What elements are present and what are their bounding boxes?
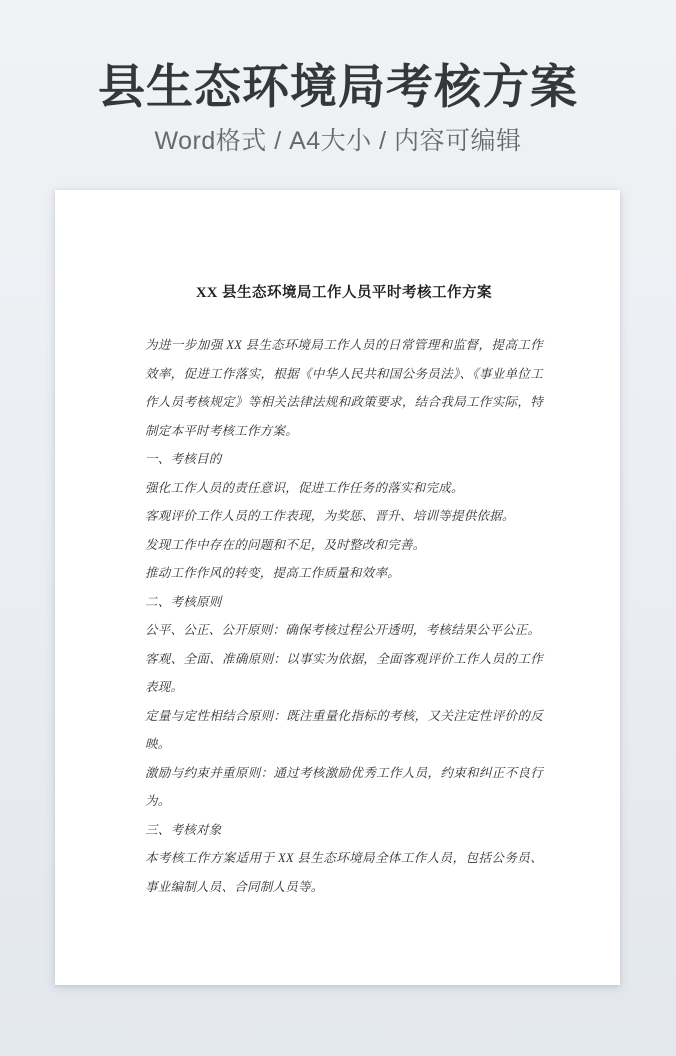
doc-section-heading: 一、考核目的 (145, 445, 543, 474)
doc-paragraph: 本考核工作方案适用于 XX 县生态环境局全体工作人员，包括公务员、事业编制人员、… (145, 844, 543, 901)
template-title: 县生态环境局考核方案 (0, 60, 676, 114)
template-preview-page: { "header": { "title": "县生态环境局考核方案", "su… (0, 0, 676, 1056)
doc-paragraph: 激励与约束并重原则：通过考核激励优秀工作人员，约束和纠正不良行为。 (145, 759, 543, 816)
document-page: XX 县生态环境局工作人员平时考核工作方案 为进一步加强 XX 县生态环境局工作… (55, 190, 620, 985)
document-content: XX 县生态环境局工作人员平时考核工作方案 为进一步加强 XX 县生态环境局工作… (145, 282, 543, 901)
doc-paragraph: 公平、公正、公开原则：确保考核过程公开透明，考核结果公平公正。 (145, 616, 543, 645)
doc-section-heading: 三、考核对象 (145, 816, 543, 845)
template-subtitle: Word格式 / A4大小 / 内容可编辑 (0, 126, 676, 156)
doc-section-heading: 二、考核原则 (145, 588, 543, 617)
doc-paragraph: 强化工作人员的责任意识，促进工作任务的落实和完成。 (145, 474, 543, 503)
document-title: XX 县生态环境局工作人员平时考核工作方案 (145, 282, 543, 304)
doc-paragraph: 为进一步加强 XX 县生态环境局工作人员的日常管理和监督，提高工作效率，促进工作… (145, 331, 543, 445)
doc-paragraph: 客观、全面、准确原则：以事实为依据，全面客观评价工作人员的工作表现。 (145, 645, 543, 702)
header: 县生态环境局考核方案 Word格式 / A4大小 / 内容可编辑 (0, 0, 676, 156)
doc-paragraph: 发现工作中存在的问题和不足，及时整改和完善。 (145, 531, 543, 560)
doc-paragraph: 客观评价工作人员的工作表现，为奖惩、晋升、培训等提供依据。 (145, 502, 543, 531)
doc-paragraph: 定量与定性相结合原则：既注重量化指标的考核，又关注定性评价的反映。 (145, 702, 543, 759)
document-body: 为进一步加强 XX 县生态环境局工作人员的日常管理和监督，提高工作效率，促进工作… (145, 331, 543, 901)
doc-paragraph: 推动工作作风的转变，提高工作质量和效率。 (145, 559, 543, 588)
